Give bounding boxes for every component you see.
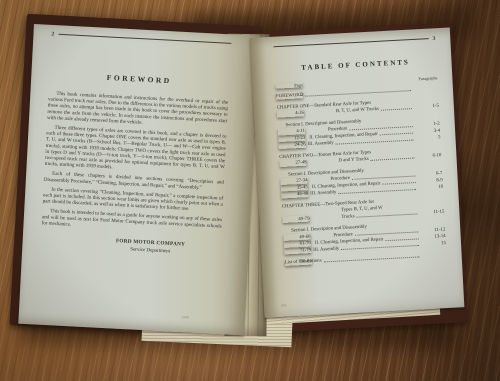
toc-row-text: III. Assembly [313,245,339,253]
toc-row-text: D and Y Trucks [338,155,368,163]
toc-row-page: 80-81 [285,258,312,266]
toc-row-page: 4-26 [277,109,304,117]
foreword-paragraph: This book contains information and instr… [47,90,228,130]
dot-leader [324,256,420,262]
toc-col-paragraphs: Paragraphs [412,75,437,81]
toc-col-page: Page [275,82,302,88]
left-page-number: 2 [51,31,54,37]
signature-block: FORD MOTOR COMPANY Service Department [105,238,196,256]
dot-leader [371,157,415,160]
toc-row-page: 2 [276,91,303,99]
right-page-number: 3 [432,35,435,41]
toc-row-text: III. Assembly [310,189,336,197]
toc-row-page: 71-79 [284,246,311,254]
toc-row-page: 49-79 [282,215,309,223]
toc-row-paragraphs [413,91,438,92]
foreword-heading: FOREWORD [49,71,229,89]
toc-row-page: 46-48 [281,190,308,198]
toc-row-page: 27-48 [279,159,306,167]
dot-leader [305,90,411,97]
foreword-paragraph: Three different types of axles are cover… [45,124,227,176]
toc-rows: FOREWORD2CHAPTER ONE—Standard Rear Axle … [276,84,447,265]
dot-leader [336,139,414,144]
dot-leader [341,245,419,250]
left-footer-mark: 1940 [181,315,188,319]
toc-row-paragraphs: 11-15 [419,208,444,216]
toc-heading: TABLE OF CONTENTS [274,57,436,73]
dot-leader [357,213,418,217]
toc-row-paragraphs: 6-10 [416,152,441,160]
dot-leader [381,108,412,111]
toc-row-paragraphs: 10 [418,183,443,191]
toc-row-paragraphs [422,257,447,258]
header-rule [58,34,231,44]
book-photo: 2 FOREWORD This book contains informatio… [0,0,500,381]
toc-row-paragraphs: 1-5 [414,102,439,110]
toc-row-page: 24-26 [278,141,305,149]
left-page: 2 FOREWORD This book contains informatio… [18,24,259,335]
right-page-header: 3 [273,35,435,49]
header-rule [273,38,428,47]
toc-row-text: III. Assembly [307,139,333,147]
toc-row-paragraphs: 15 [421,239,446,247]
right-page: 3 TABLE OF CONTENTS Paragraphs Page FORE… [250,28,464,318]
toc-row-text: Trucks [341,213,354,220]
toc-row-text: B, T, U, and W Trucks [336,105,379,114]
foreword-paragraphs: This book contains information and instr… [41,90,228,235]
dot-leader [338,189,416,194]
toc-row-paragraphs: 5 [415,134,440,142]
right-footer-mark: 949 [281,303,286,307]
left-page-header: 2 [51,31,231,46]
